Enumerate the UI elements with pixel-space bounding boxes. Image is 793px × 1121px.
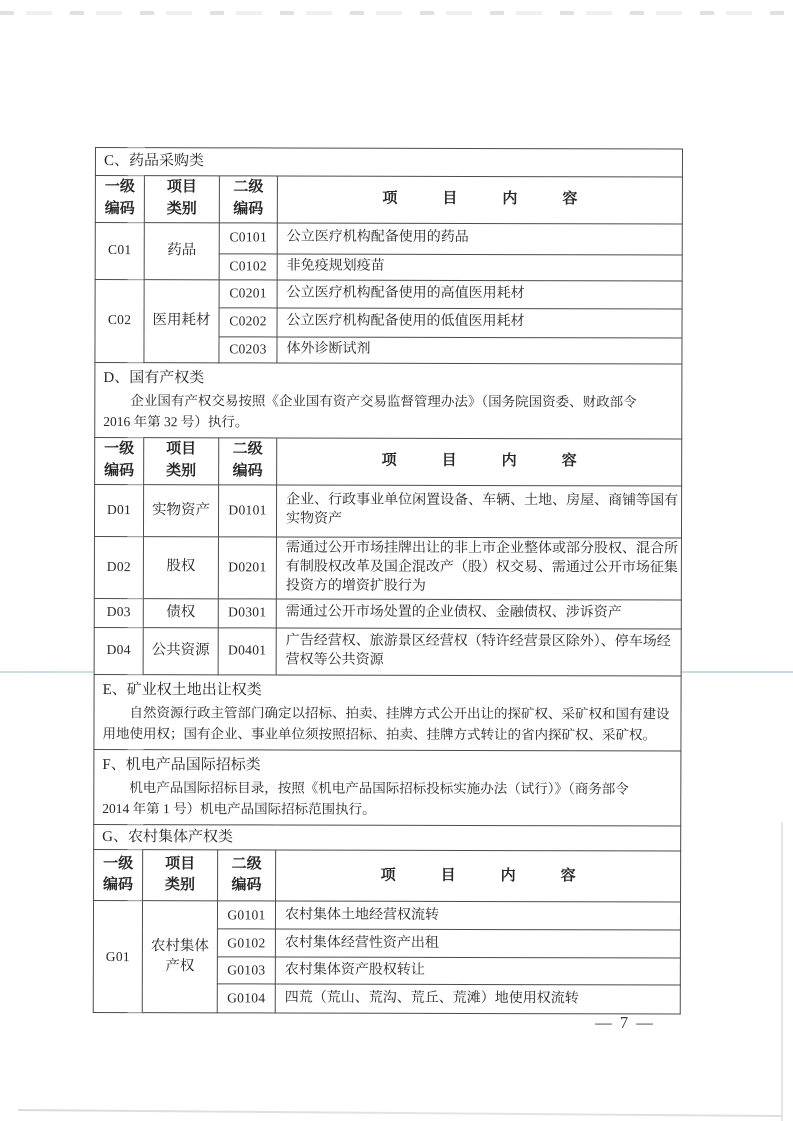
cell-content-c0102: 非免疫规划疫苗 xyxy=(277,253,682,280)
cell-code-d02: D02 xyxy=(94,536,143,598)
header-category: 项目 类别 xyxy=(144,176,219,223)
header-level2-code: 二级 编码 xyxy=(219,438,277,485)
section-paragraph-e: 自然资源行政主管部门确定以招标、拍卖、挂牌方式公开出让的探矿权、采矿权和国有建设… xyxy=(102,703,674,746)
section-block-e: E、矿业权土地出让权类 自然资源行政主管部门确定以招标、拍卖、挂牌方式公开出让的… xyxy=(94,674,681,751)
section-block-f: F、机电产品国际招标类 机电产品国际招标目录，按照《机电产品国际招标投标实施办法… xyxy=(94,749,681,826)
paragraph-line: 企业国有产权交易按照《企业国有资产交易监督管理办法》（国务院国资委、财政部令 xyxy=(103,391,675,413)
cell-content-d0401: 广告经营权、旅游景区经营权（特许经营景区除外）、停车场经营权等公共资源 xyxy=(276,627,681,675)
header-level2-code: 二级 编码 xyxy=(219,176,277,223)
cell-code-c0102: C0102 xyxy=(219,253,277,279)
section-paragraph-f: 机电产品国际招标目录，按照《机电产品国际招标投标实施办法（试行）》（商务部令 2… xyxy=(102,778,674,821)
table-row: C02 医用耗材 C0201 公立医疗机构配备使用的高值医用耗材 xyxy=(95,279,682,309)
section-block-d: D、国有产权类 企业国有产权交易按照《企业国有资产交易监督管理办法》（国务院国资… xyxy=(95,362,682,439)
cell-content-g0101: 农村集体土地经营权流转 xyxy=(275,901,680,930)
table-row: G01 农村集体 产权 G0101 农村集体土地经营权流转 xyxy=(93,901,680,931)
cell-code-d01: D01 xyxy=(94,484,143,536)
paragraph-line: 机电产品国际招标目录，按照《机电产品国际招标投标实施办法（试行）》（商务部令 xyxy=(102,778,674,800)
scan-bottom-edge-artifact xyxy=(18,1109,783,1117)
cell-content-d0101: 企业、行政事业单位闲置设备、车辆、土地、房屋、商铺等国有实物资产 xyxy=(276,485,681,538)
cell-category-d02: 股权 xyxy=(143,536,218,598)
table-row: D01 实物资产 D0101 企业、行政事业单位闲置设备、车辆、土地、房屋、商铺… xyxy=(94,484,681,538)
cell-category-c01: 药品 xyxy=(144,222,219,279)
cell-content-g0104: 四荒（荒山、荒沟、荒丘、荒滩）地使用权流转 xyxy=(275,984,680,1014)
header-content: 项 目 内 容 xyxy=(277,176,682,224)
section-title-g: G、农村集体产权类 xyxy=(94,825,681,852)
cell-code-d04: D04 xyxy=(94,627,143,674)
header-level2-code: 二级 编码 xyxy=(218,850,276,901)
table-header-row-d: 一级 编码 项目 类别 二级 编码 项 目 内 容 xyxy=(95,437,682,486)
section-title-d: D、国有产权类 xyxy=(103,367,675,391)
table-row: D04 公共资源 D0401 广告经营权、旅游景区经营权（特许经营景区除外）、停… xyxy=(94,627,681,676)
cell-code-c0201: C0201 xyxy=(219,279,277,307)
cell-code-d03: D03 xyxy=(94,598,143,627)
paragraph-line: 自然资源行政主管部门确定以招标、拍卖、挂牌方式公开出让的探矿权、采矿权和国有建设 xyxy=(102,703,674,725)
cell-code-g0102: G0102 xyxy=(217,929,275,957)
header-category: 项目 类别 xyxy=(144,437,219,484)
table-row: D03 债权 D0301 需通过公开市场处置的企业债权、金融债权、涉诉资产 xyxy=(94,598,681,629)
cell-category-c02: 医用耗材 xyxy=(144,279,219,362)
section-paragraph-d: 企业国有产权交易按照《企业国有资产交易监督管理办法》（国务院国资委、财政部令 2… xyxy=(103,391,675,434)
table-header-row-g: 一级 编码 项目 类别 二级 编码 项 目 内 容 xyxy=(94,850,681,903)
scan-top-smudge-artifact xyxy=(0,11,793,15)
cell-content-g0103: 农村集体资产股权转让 xyxy=(275,957,680,985)
table-row: C01 药品 C0101 公立医疗机构配备使用的药品 xyxy=(95,222,682,255)
cell-code-c0203: C0203 xyxy=(219,336,277,362)
cell-category-d04: 公共资源 xyxy=(143,627,218,674)
cell-code-g0101: G0101 xyxy=(217,901,275,929)
cell-category-d01: 实物资产 xyxy=(143,484,218,536)
cell-code-g0103: G0103 xyxy=(217,957,275,984)
paragraph-line: 用地使用权；国有企业、事业单位须按照招标、拍卖、挂牌方式转让的省内探矿权、采矿权… xyxy=(102,724,674,746)
cell-content-c0101: 公立医疗机构配备使用的药品 xyxy=(277,222,682,254)
paragraph-line: 2014 年第 1 号）机电产品国际招标范围执行。 xyxy=(102,799,674,821)
cell-code-d0401: D0401 xyxy=(218,627,276,674)
cell-category-g01: 农村集体 产权 xyxy=(142,901,217,1013)
cell-content-c0201: 公立医疗机构配备使用的高值医用耗材 xyxy=(277,279,682,308)
cell-code-g0104: G0104 xyxy=(217,984,275,1013)
header-level1-code: 一级 编码 xyxy=(94,850,143,901)
cell-code-c01: C01 xyxy=(95,222,144,279)
cell-content-c0202: 公立医疗机构配备使用的低值医用耗材 xyxy=(277,307,682,337)
section-title-c: C、药品采购类 xyxy=(95,148,682,178)
table-header-row-c: 一级 编码 项目 类别 二级 编码 项 目 内 容 xyxy=(95,176,682,224)
cell-content-d0301: 需通过公开市场处置的企业债权、金融债权、涉诉资产 xyxy=(276,598,681,628)
header-content: 项 目 内 容 xyxy=(276,850,681,902)
header-content: 项 目 内 容 xyxy=(277,438,682,486)
table-row: D02 股权 D0201 需通过公开市场挂牌出让的非上市企业整体或部分股权、混合… xyxy=(94,536,681,599)
cell-code-d0301: D0301 xyxy=(218,598,276,627)
header-level1-code: 一级 编码 xyxy=(95,176,144,223)
cell-content-c0203: 体外诊断试剂 xyxy=(277,336,682,363)
cell-code-c02: C02 xyxy=(95,279,144,362)
header-level1-code: 一级 编码 xyxy=(95,437,144,484)
cell-code-g01: G01 xyxy=(93,901,142,1013)
page-number: — 7 — xyxy=(578,1013,672,1033)
scan-right-edge-artifact xyxy=(781,822,783,1121)
cell-category-d03: 债权 xyxy=(143,598,218,627)
cell-code-c0101: C0101 xyxy=(219,222,277,253)
catalog-table: C、药品采购类 一级 编码 项目 类别 二级 编码 项 目 内 容 C01 药品… xyxy=(93,147,683,1015)
section-title-e: E、矿业权土地出让权类 xyxy=(103,679,675,703)
cell-content-g0102: 农村集体经营性资产出租 xyxy=(275,929,680,958)
header-category: 项目 类别 xyxy=(143,850,218,901)
scanned-document-page: { "page_number": "— 7 —", "table_header"… xyxy=(0,0,793,1121)
cell-code-d0201: D0201 xyxy=(218,537,276,599)
cell-code-d0101: D0101 xyxy=(218,485,276,537)
cell-code-c0202: C0202 xyxy=(219,307,277,336)
paragraph-line: 2016 年第 32 号）执行。 xyxy=(103,412,675,434)
cell-content-d0201: 需通过公开市场挂牌出让的非上市企业整体或部分股权、混合所有制股权改革及国企混改产… xyxy=(276,537,681,600)
section-title-f: F、机电产品国际招标类 xyxy=(102,754,674,778)
